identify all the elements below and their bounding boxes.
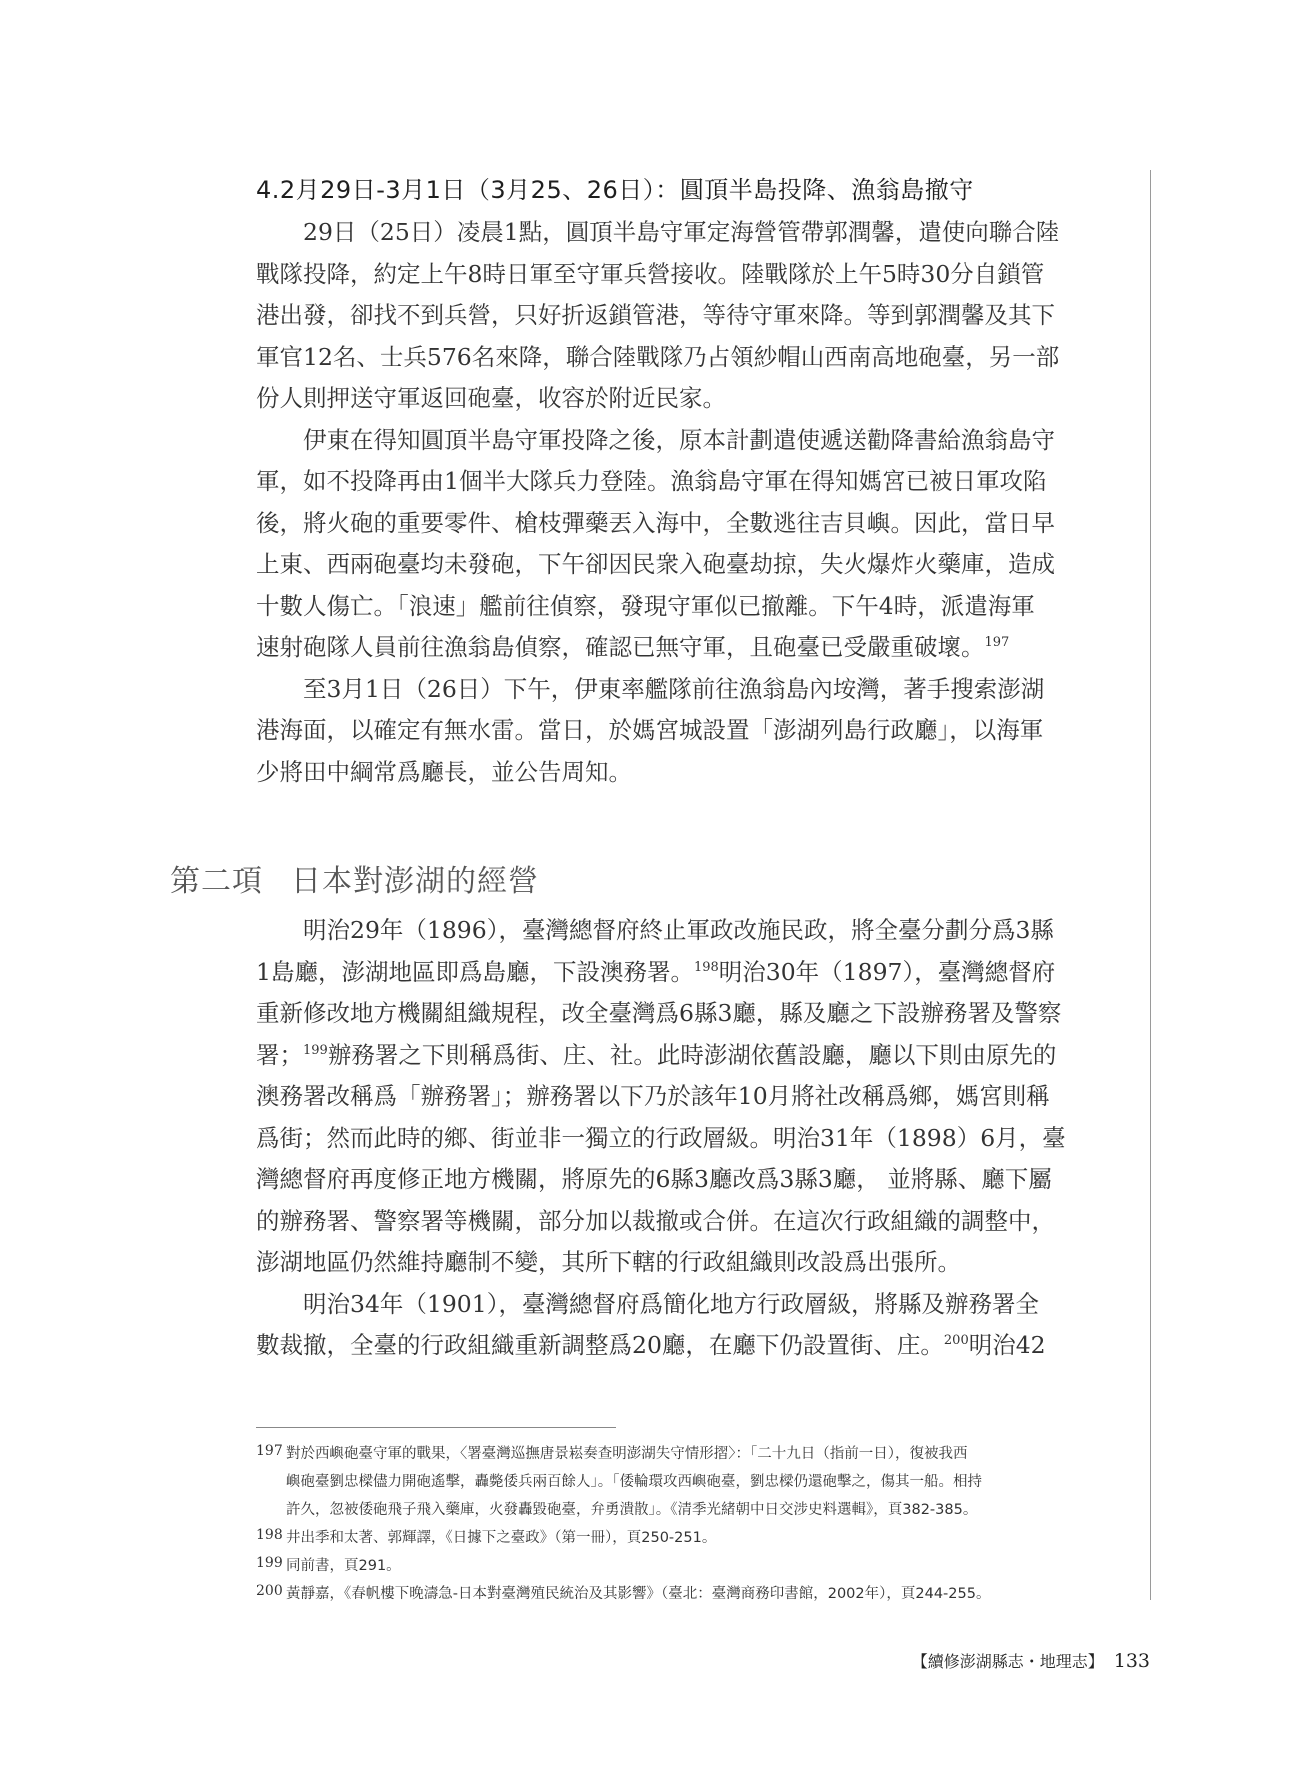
footnote-line: 嶼砲臺劉忠樑儘力開砲遙擊，轟斃倭兵兩百餘人」。「倭輪環攻西嶼砲臺，劉忠樑仍還砲擊…	[286, 1468, 1136, 1496]
paragraph-civil-administration: 明治29年（1896），臺灣總督府終止軍政改施民政，將全臺分劃分爲3縣 1島廳，…	[256, 910, 1132, 1284]
footnote-ref-199[interactable]: 199	[303, 1043, 328, 1058]
running-title: 【續修澎湖縣志・地理志】	[912, 1652, 1104, 1671]
footnote-line: 許久，忽被倭砲飛子飛入藥庫，火發轟毀砲臺，弁勇潰散」。《清季光緒朝中日交涉史料選…	[286, 1496, 1136, 1524]
text-line: 少將田中綱常爲廳長，並公告周知。	[256, 752, 1132, 794]
text-line: 港海面，以確定有無水雷。當日，於媽宮城設置「澎湖列島行政廳」，以海軍	[256, 710, 1132, 752]
section-title: 日本對澎湖的經營	[291, 864, 539, 899]
page-footer: 【續修澎湖縣志・地理志】133	[880, 1648, 1150, 1675]
body-part-2: 明治29年（1896），臺灣總督府終止軍政改施民政，將全臺分劃分爲3縣 1島廳，…	[256, 910, 1132, 1367]
text-segment: 明治30年（1897），臺灣總督府	[719, 958, 1055, 986]
subsection-title: 4.2月29日-3月1日（3月25、26日）：圓頂半島投降、漁翁島撤守	[256, 172, 1136, 208]
section-number: 第二項	[170, 864, 263, 899]
footnote-197: 197 對於西嶼砲臺守軍的戰果，〈署臺灣巡撫唐景崧奏查明澎湖失守情形摺〉：「二十…	[256, 1440, 1136, 1524]
text-line: 上東、西兩砲臺均未發砲，下午卻因民衆入砲臺劫掠，失火爆炸火藥庫，造成	[256, 544, 1132, 586]
text-line: 十數人傷亡。「浪速」艦前往偵察，發現守軍似已撤離。下午4時，派遣海軍	[256, 586, 1132, 628]
footnote-line: 黃靜嘉，《春帆樓下晚濤急-日本對臺灣殖民統治及其影響》（臺北：臺灣商務印書館，2…	[286, 1580, 1136, 1608]
text-line: 爲街；然而此時的鄉、街並非一獨立的行政層級。明治31年（1898）6月，臺	[256, 1118, 1132, 1160]
footnote-number: 200	[256, 1577, 283, 1605]
footnote-line: 對於西嶼砲臺守軍的戰果，〈署臺灣巡撫唐景崧奏查明澎湖失守情形摺〉：「二十九日（指…	[286, 1440, 1136, 1468]
text-line: 1島廳，澎湖地區即爲島廳，下設澳務署。198明治30年（1897），臺灣總督府	[256, 952, 1132, 994]
text-line: 港出發，卻找不到兵營，只好折返鎖管港，等待守軍來降。等到郭潤馨及其下	[256, 295, 1132, 337]
paragraph-surrender: 29日（25日）凌晨1點，圓頂半島守軍定海營管帶郭潤馨，遣使向聯合陸 戰隊投降，…	[256, 212, 1132, 420]
paragraph-yuweng-island: 伊東在得知圓頂半島守軍投降之後，原本計劃遣使遞送勸降書給漁翁島守 軍，如不投降再…	[256, 420, 1132, 669]
text-line: 軍官12名、士兵576名來降，聯合陸戰隊乃占領紗帽山西南高地砲臺，另一部	[256, 337, 1132, 379]
text-segment: 明治42	[969, 1331, 1046, 1359]
text-line: 軍，如不投降再由1個半大隊兵力登陸。漁翁島守軍在得知媽宮已被日軍攻陷	[256, 461, 1132, 503]
paragraph-20-districts: 明治34年（1901），臺灣總督府爲簡化地方行政層級，將縣及辦務署全 數裁撤，全…	[256, 1284, 1132, 1367]
text-line: 明治34年（1901），臺灣總督府爲簡化地方行政層級，將縣及辦務署全	[256, 1284, 1132, 1326]
text-line: 速射砲隊人員前往漁翁島偵察，確認已無守軍，且砲臺已受嚴重破壞。197	[256, 627, 1132, 669]
footnote-200: 200 黃靜嘉，《春帆樓下晚濤急-日本對臺灣殖民統治及其影響》（臺北：臺灣商務印…	[256, 1580, 1136, 1608]
text-line: 份人則押送守軍返回砲臺，收容於附近民家。	[256, 378, 1132, 420]
text-line: 明治29年（1896），臺灣總督府終止軍政改施民政，將全臺分劃分爲3縣	[256, 910, 1132, 952]
footnote-number: 198	[256, 1521, 283, 1549]
page-number: 133	[1114, 1650, 1150, 1672]
text-segment: 署；	[256, 1041, 303, 1069]
text-line: 澎湖地區仍然維持廳制不變，其所下轄的行政組織則改設爲出張所。	[256, 1242, 1132, 1284]
text-line: 後，將火砲的重要零件、槍枝彈藥丟入海中，全數逃往吉貝嶼。因此，當日早	[256, 503, 1132, 545]
margin-rule	[1150, 170, 1151, 1600]
text-line: 戰隊投降，約定上午8時日軍至守軍兵營接收。陸戰隊於上午5時30分自鎖管	[256, 254, 1132, 296]
text-segment: 數裁撤，全臺的行政組織重新調整爲20廳，在廳下仍設置街、庄。	[256, 1331, 944, 1359]
footnotes: 197 對於西嶼砲臺守軍的戰果，〈署臺灣巡撫唐景崧奏查明澎湖失守情形摺〉：「二十…	[256, 1440, 1136, 1608]
footnote-198: 198 井出季和太著、郭輝譯，《日據下之臺政》（第一冊），頁250-251。	[256, 1524, 1136, 1552]
text-line: 澳務署改稱爲「辦務署」；辦務署以下乃於該年10月將社改稱爲鄉，媽宮則稱	[256, 1076, 1132, 1118]
text-line: 伊東在得知圓頂半島守軍投降之後，原本計劃遣使遞送勸降書給漁翁島守	[256, 420, 1132, 462]
footnote-ref-197[interactable]: 197	[985, 635, 1010, 650]
footnote-199: 199 同前書，頁291。	[256, 1552, 1136, 1580]
text-line: 署；199辦務署之下則稱爲街、庄、社。此時澎湖依舊設廳，廳以下則由原先的	[256, 1035, 1132, 1077]
footnote-line: 井出季和太著、郭輝譯，《日據下之臺政》（第一冊），頁250-251。	[286, 1524, 1136, 1552]
footnote-line: 同前書，頁291。	[286, 1552, 1136, 1580]
text-line: 數裁撤，全臺的行政組織重新調整爲20廳，在廳下仍設置街、庄。200明治42	[256, 1325, 1132, 1367]
text-line: 29日（25日）凌晨1點，圓頂半島守軍定海營管帶郭潤馨，遣使向聯合陸	[256, 212, 1132, 254]
text-line: 的辦務署、警察署等機關，部分加以裁撤或合併。在這次行政組織的調整中，	[256, 1201, 1132, 1243]
paragraph-administration-office: 至3月1日（26日）下午，伊東率艦隊前往漁翁島內垵灣，著手搜索澎湖 港海面，以確…	[256, 669, 1132, 794]
footnote-divider	[256, 1427, 616, 1428]
body-part-1: 29日（25日）凌晨1點，圓頂半島守軍定海營管帶郭潤馨，遣使向聯合陸 戰隊投降，…	[256, 212, 1132, 793]
footnote-ref-198[interactable]: 198	[694, 960, 719, 975]
text-segment: 1島廳，澎湖地區即爲島廳，下設澳務署。	[256, 958, 694, 986]
text-line: 灣總督府再度修正地方機關，將原先的6縣3廳改爲3縣3廳， 並將縣、廳下屬	[256, 1159, 1132, 1201]
text-segment: 辦務署之下則稱爲街、庄、社。此時澎湖依舊設廳，廳以下則由原先的	[328, 1041, 1057, 1069]
footnote-ref-200[interactable]: 200	[944, 1333, 969, 1348]
footnote-number: 197	[256, 1437, 283, 1465]
section-heading: 第二項日本對澎湖的經營	[170, 862, 539, 902]
text-line: 重新修改地方機關組織規程，改全臺灣爲6縣3廳，縣及廳之下設辦務署及警察	[256, 993, 1132, 1035]
text-line: 至3月1日（26日）下午，伊東率艦隊前往漁翁島內垵灣，著手搜索澎湖	[256, 669, 1132, 711]
text-segment: 速射砲隊人員前往漁翁島偵察，確認已無守軍，且砲臺已受嚴重破壞。	[256, 633, 985, 661]
footnote-number: 199	[256, 1549, 283, 1577]
